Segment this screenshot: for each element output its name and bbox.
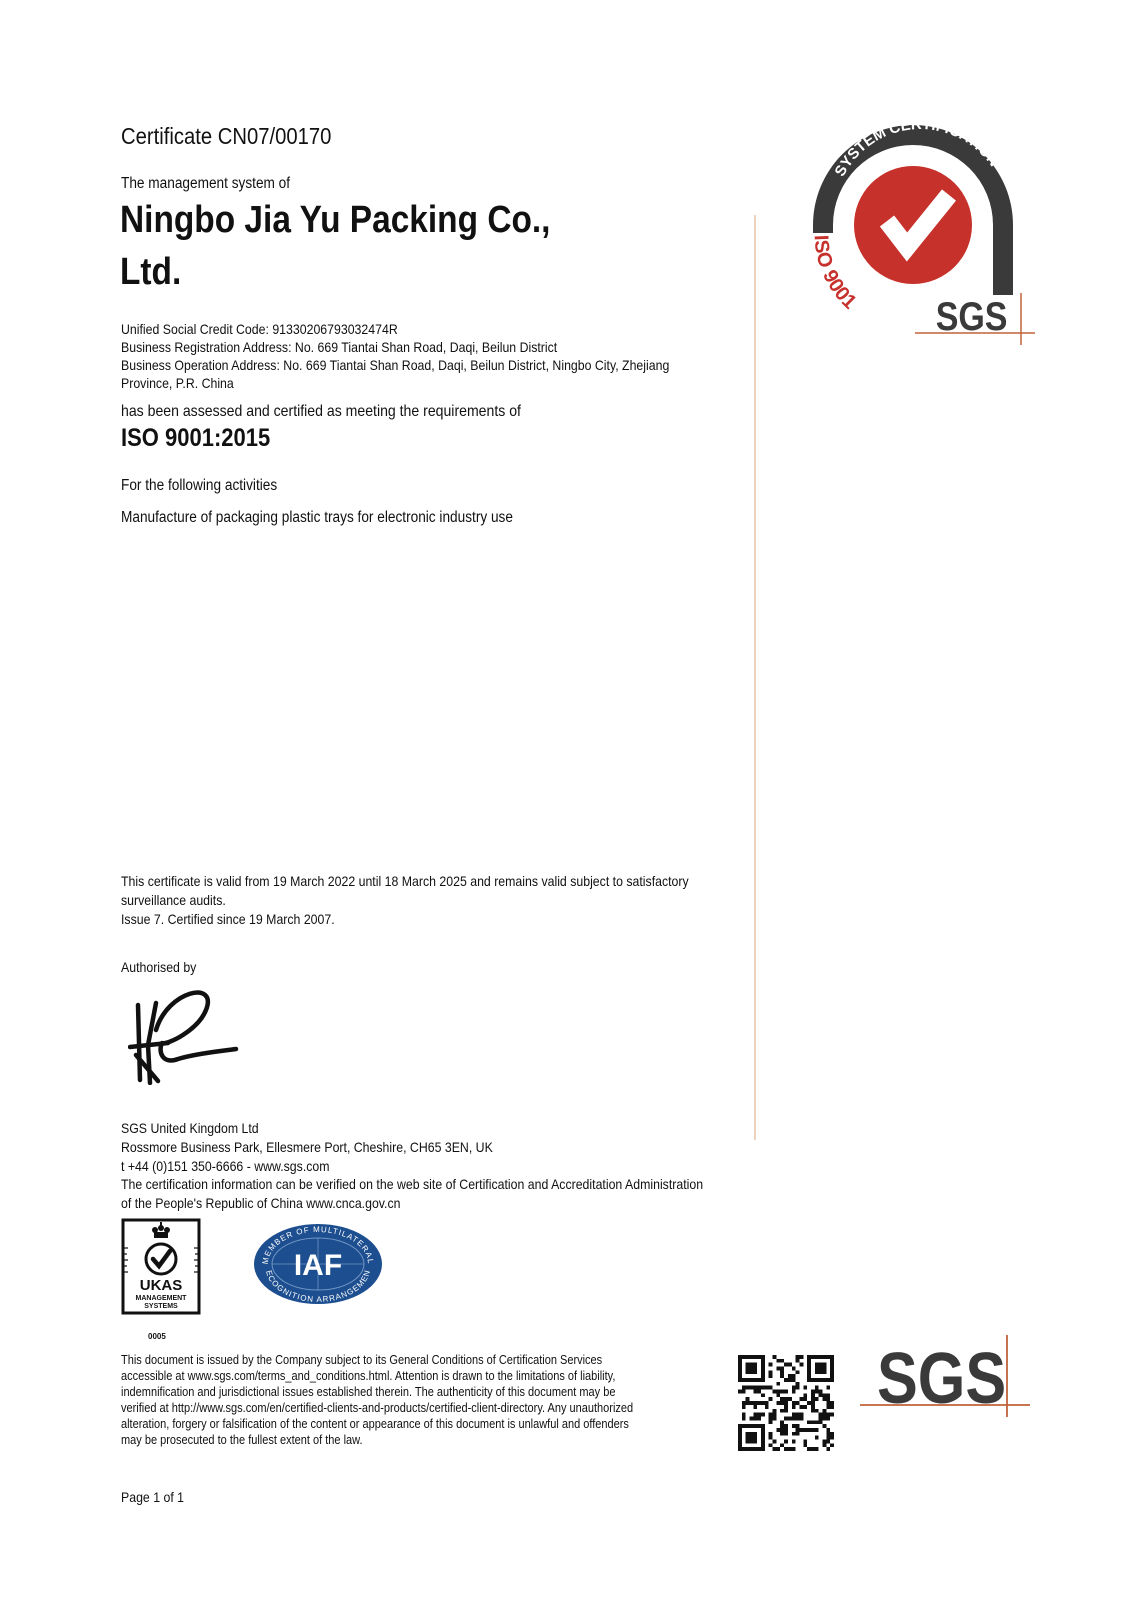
operation-address-line-2: Province, P.R. China xyxy=(121,374,234,393)
standard-title: ISO 9001:2015 xyxy=(121,424,270,453)
authorised-by-label: Authorised by xyxy=(121,959,196,975)
assessed-statement: has been assessed and certified as meeti… xyxy=(121,403,521,421)
svg-text:MANAGEMENT: MANAGEMENT xyxy=(136,1295,188,1302)
registration-address: Business Registration Address: No. 669 T… xyxy=(121,338,557,357)
ukas-logo: UKAS MANAGEMENT SYSTEMS xyxy=(121,1218,201,1333)
qr-code[interactable] xyxy=(738,1355,834,1451)
issue-line: Issue 7. Certified since 19 March 2007. xyxy=(121,910,335,929)
activities-label: For the following activities xyxy=(121,477,277,495)
svg-text:SYSTEMS: SYSTEMS xyxy=(144,1303,178,1310)
disclaimer-line: verified at http://www.sgs.com/en/certif… xyxy=(121,1400,633,1416)
credit-code: Unified Social Credit Code: 913302067930… xyxy=(121,320,398,339)
disclaimer-line: may be prosecuted to the fullest extent … xyxy=(121,1432,363,1448)
operation-address-line-1: Business Operation Address: No. 669 Tian… xyxy=(121,356,669,375)
company-name: Ningbo Jia Yu Packing Co., Ltd. xyxy=(120,194,550,298)
sgs-logo: SGS xyxy=(860,1335,1040,1425)
svg-text:UKAS: UKAS xyxy=(140,1277,183,1294)
company-name-line-2: Ltd. xyxy=(120,246,550,298)
ukas-number: 0005 xyxy=(148,1332,166,1341)
svg-text:ISO 9001: ISO 9001 xyxy=(810,235,861,314)
issuer-contact: t +44 (0)151 350-6666 - www.sgs.com xyxy=(121,1157,330,1176)
validity-line-2: surveillance audits. xyxy=(121,891,226,910)
sgs-iso-9001-logo: SYSTEM CERTIFICATION ISO 9001 SGS xyxy=(805,115,1040,345)
disclaimer-line: alteration, forgery or falsification of … xyxy=(121,1416,629,1432)
activity-scope: Manufacture of packaging plastic trays f… xyxy=(121,509,513,527)
svg-text:IAF: IAF xyxy=(294,1249,342,1282)
issuer-address: Rossmore Business Park, Ellesmere Port, … xyxy=(121,1138,493,1157)
disclaimer-line: accessible at www.sgs.com/terms_and_cond… xyxy=(121,1368,615,1384)
validity-line-1: This certificate is valid from 19 March … xyxy=(121,872,689,891)
signature-image xyxy=(128,985,248,1085)
svg-text:SGS: SGS xyxy=(877,1339,1006,1419)
divider-line xyxy=(754,215,756,1140)
svg-text:SGS: SGS xyxy=(936,293,1008,338)
disclaimer-line: This document is issued by the Company s… xyxy=(121,1352,602,1368)
verification-line-1: The certification information can be ver… xyxy=(121,1175,703,1194)
intro-text: The management system of xyxy=(121,175,290,193)
certificate-number: Certificate CN07/00170 xyxy=(121,123,331,150)
company-name-line-1: Ningbo Jia Yu Packing Co., xyxy=(120,194,550,246)
iaf-logo: MEMBER OF MULTILATERAL RECOGNITION ARRAN… xyxy=(252,1222,384,1306)
issuer-name: SGS United Kingdom Ltd xyxy=(121,1119,259,1138)
disclaimer-line: indemnification and jurisdictional issue… xyxy=(121,1384,615,1400)
verification-line-2: of the People's Republic of China www.cn… xyxy=(121,1194,400,1213)
page-number: Page 1 of 1 xyxy=(121,1489,184,1505)
